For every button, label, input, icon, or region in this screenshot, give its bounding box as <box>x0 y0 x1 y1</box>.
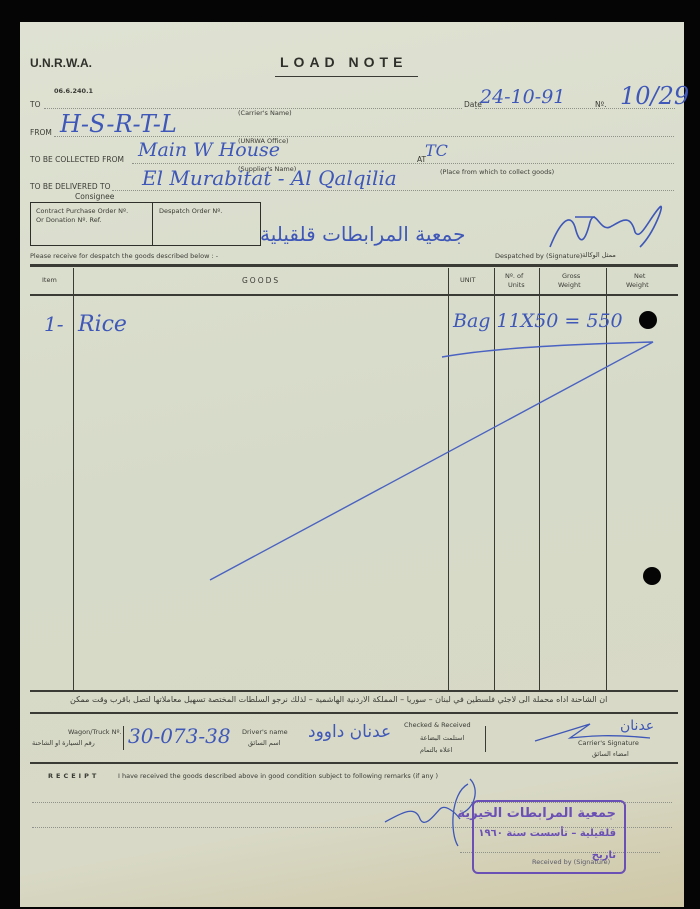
checked-ar-1: استلمت البضاعة <box>420 734 464 742</box>
receipt-label: RECEIPT <box>48 772 99 780</box>
truck-label: Wagon/Truck Nº. <box>68 728 122 736</box>
truck-value[interactable]: 30-073-38 <box>128 724 231 748</box>
load-note-document: U.N.R.W.A. LOAD NOTE 06.6.240.1 TO Date … <box>20 22 684 907</box>
truck-label-ar: رقم السيارة او الشاحنة <box>32 739 95 747</box>
checked-ar-2: اعلاه بالتمام <box>420 746 453 754</box>
driver-label: Driver's name <box>242 728 288 736</box>
truck-bracket <box>123 726 124 750</box>
checked-label: Checked & Received <box>404 721 471 729</box>
punch-hole-bottom <box>643 567 661 585</box>
received-by-label: Received by (Signature) <box>532 858 610 866</box>
carrier-signature-value: عدنان <box>620 718 654 734</box>
strike-through-line <box>20 22 684 722</box>
footer-rule <box>30 762 678 764</box>
punch-hole-top <box>639 311 657 329</box>
checked-bracket <box>485 726 486 752</box>
stamp-line-2: قلقيلية – تأسست سنة ١٩٦٠ <box>478 828 616 839</box>
carrier-signature-ar: امضاء السائق <box>592 750 629 758</box>
notice-rule <box>30 712 678 714</box>
arabic-notice: ان الشاحنة اداه محملة الى لاجئي فلسطين ف… <box>70 695 607 704</box>
stamp-line-1: جمعية المرابطات الخيرية <box>457 806 616 821</box>
driver-label-ar: اسم السائق <box>248 739 280 747</box>
carrier-signature-label: Carrier's Signature <box>578 739 639 747</box>
driver-value[interactable]: عدنان داوود <box>308 722 391 742</box>
